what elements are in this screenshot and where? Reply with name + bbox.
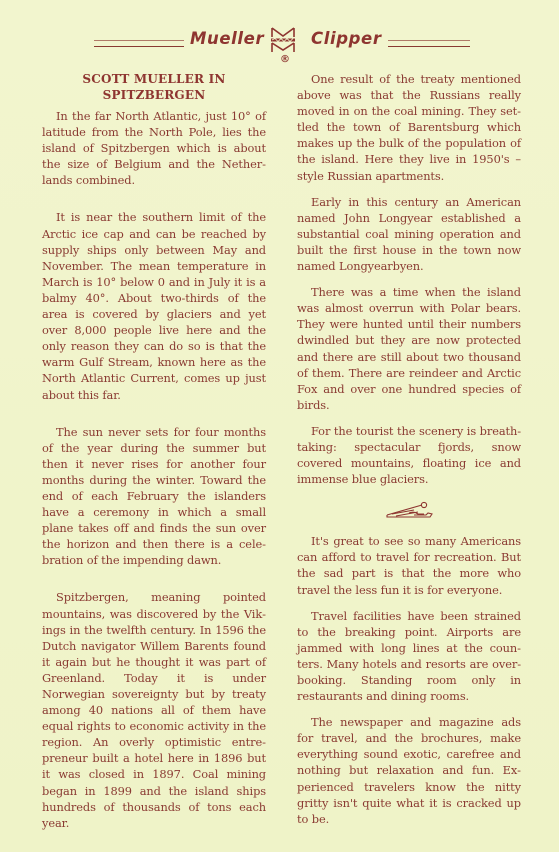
paragraph: Early in this century an American named … — [297, 194, 521, 274]
paragraph: For the tourist the scenery is breath-ta… — [297, 423, 521, 487]
brand-name-mueller: Mueller — [190, 29, 264, 48]
masthead: Mueller ® Clipper — [0, 22, 559, 72]
paragraph: It is near the southern limit of the Arc… — [42, 209, 266, 402]
paragraph: It's great to see so many Americans can … — [297, 533, 521, 597]
paragraph: The newspaper and magazine ads for trave… — [297, 714, 521, 827]
section-divider — [297, 501, 521, 521]
paragraph: In the far North Atlantic, just 10° of l… — [42, 108, 266, 188]
article-headline: SCOTT MUELLER IN SPITZBERGEN — [42, 71, 266, 103]
paragraph: The sun never sets for four months of th… — [42, 424, 266, 569]
right-column: One result of the treaty mentioned above… — [297, 71, 521, 827]
paragraph: Spitzbergen, meaning pointed mountains, … — [42, 589, 266, 830]
paragraph: One result of the treaty mentioned above… — [297, 71, 521, 184]
paragraph: There was a time when the island was alm… — [297, 284, 521, 413]
left-column: SCOTT MUELLER IN SPITZBERGEN In the far … — [42, 71, 266, 831]
paragraph: Travel facilities have been strained to … — [297, 608, 521, 705]
m-logo-icon — [270, 27, 296, 53]
masthead-rule-left — [94, 40, 184, 47]
masthead-rule-right — [388, 40, 470, 47]
brand-name-clipper: Clipper — [311, 29, 382, 48]
headline-line-1: SCOTT MUELLER IN — [82, 72, 225, 86]
headline-line-2: SPITZBERGEN — [103, 88, 206, 102]
clipper-clip-icon — [384, 501, 434, 521]
registered-mark: ® — [280, 54, 290, 65]
